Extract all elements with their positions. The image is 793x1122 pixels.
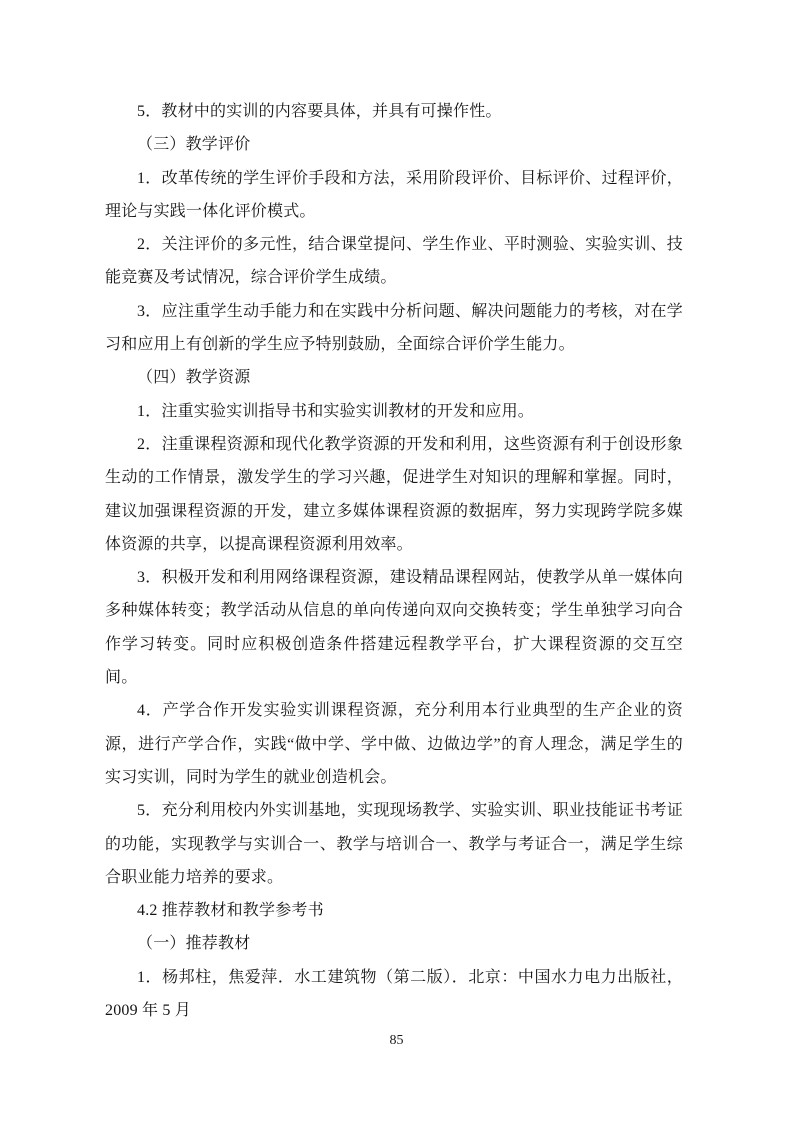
page-number: 85	[0, 1032, 793, 1050]
section-heading: （三）教学评价	[105, 128, 683, 161]
document-body: 5．教材中的实训的内容要具体，并具有可操作性。（三）教学评价1．改革传统的学生评…	[105, 95, 683, 1027]
paragraph: 1．注重实验实训指导书和实验实训教材的开发和应用。	[105, 395, 683, 428]
paragraph: 1．杨邦柱，焦爱萍．水工建筑物（第二版）．北京：中国水力电力出版社，2009 年…	[105, 961, 683, 1028]
paragraph: 3．积极开发和利用网络课程资源，建设精品课程网站，使教学从单一媒体向多种媒体转变…	[105, 561, 683, 694]
paragraph: 1．改革传统的学生评价手段和方法，采用阶段评价、目标评价、过程评价，理论与实践一…	[105, 162, 683, 229]
paragraph: 4．产学合作开发实验实训课程资源，充分利用本行业典型的生产企业的资源，进行产学合…	[105, 694, 683, 794]
document-page: 5．教材中的实训的内容要具体，并具有可操作性。（三）教学评价1．改革传统的学生评…	[0, 0, 793, 1122]
section-heading: （四）教学资源	[105, 361, 683, 394]
section-heading: （一）推荐教材	[105, 927, 683, 960]
paragraph: 5．教材中的实训的内容要具体，并具有可操作性。	[105, 95, 683, 128]
paragraph: 2．注重课程资源和现代化教学资源的开发和利用，这些资源有利于创设形象生动的工作情…	[105, 428, 683, 561]
paragraph: 5．充分利用校内外实训基地，实现现场教学、实验实训、职业技能证书考证的功能，实现…	[105, 794, 683, 894]
paragraph: 3．应注重学生动手能力和在实践中分析问题、解决问题能力的考核，对在学习和应用上有…	[105, 295, 683, 362]
section-heading: 4.2 推荐教材和教学参考书	[105, 894, 683, 927]
paragraph: 2．关注评价的多元性，结合课堂提问、学生作业、平时测验、实验实训、技能竞赛及考试…	[105, 228, 683, 295]
